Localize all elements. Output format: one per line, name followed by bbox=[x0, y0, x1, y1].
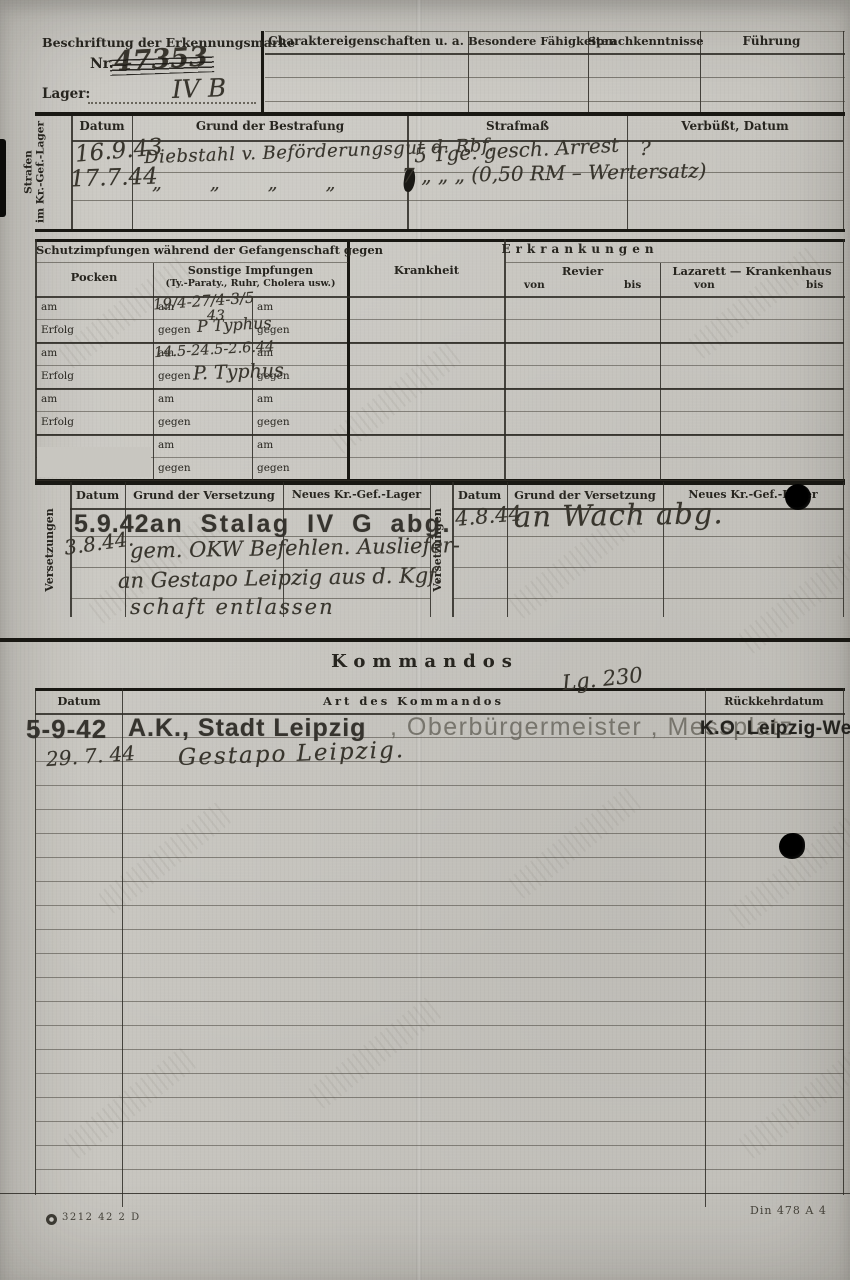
sonstige1-gegen-label: gegen bbox=[158, 417, 191, 428]
pow-record-card: Beschriftung der Erkennungsmarke Nr. 473… bbox=[0, 0, 850, 1280]
rule-section-divider bbox=[35, 112, 845, 116]
strafen-row2-strafmass: 7 „ „ „ (0,50 RM – Wertersatz) bbox=[402, 160, 707, 186]
rule-impf-top bbox=[35, 239, 845, 242]
rule-strafen-right bbox=[843, 116, 844, 231]
versl-col-datum: Datum bbox=[70, 489, 125, 501]
impf-col-pocken: Pocken bbox=[36, 271, 152, 283]
printer-mark-icon bbox=[46, 1214, 57, 1225]
kommandos-title: Kommandos bbox=[300, 653, 550, 672]
rule-top bbox=[265, 31, 845, 32]
rule-impf-header1r bbox=[505, 262, 844, 263]
rule-versr-row bbox=[452, 567, 844, 568]
versr-hw-datum: 4.8.44 bbox=[454, 502, 522, 530]
sonstige2-gegen-label: gegen bbox=[257, 417, 290, 428]
sonstige2-gegen-label: gegen bbox=[257, 463, 290, 474]
rule-impf-right bbox=[843, 239, 844, 480]
strafen-col-datum: Datum bbox=[72, 120, 132, 133]
impf-pocken-merged-cell-patch bbox=[37, 447, 151, 477]
strafen-col-verbuesst: Verbüßt, Datum bbox=[627, 120, 843, 133]
rule-header-underline bbox=[265, 53, 845, 55]
pocken-erfolg-label: Erfolg bbox=[41, 325, 74, 336]
rule-strafen-bottom bbox=[35, 229, 845, 232]
rule-versr-row bbox=[452, 536, 844, 537]
sonstige2-am-label: am bbox=[257, 302, 273, 313]
rule-impf-group bbox=[36, 388, 844, 390]
rule-versr-row bbox=[452, 598, 844, 599]
strafen-side-label: Strafen im Kr.-Gef.-Lager bbox=[23, 115, 57, 230]
lager-label: Lager: bbox=[42, 87, 90, 101]
pocken-erfolg-label: Erfolg bbox=[41, 371, 74, 382]
rule-impf-group bbox=[36, 342, 844, 344]
impf-col-revier: Revier bbox=[506, 265, 659, 277]
revier-von-label: von bbox=[524, 280, 545, 291]
impf-col-sonstige-sub: (Ty.-Paraty., Ruhr, Cholera usw.) bbox=[154, 279, 347, 289]
rule-impf-group bbox=[36, 434, 844, 436]
col-charaktereigenschaften: Charaktereigenschaften u. a. bbox=[266, 35, 466, 48]
lager-dotted-line bbox=[88, 88, 256, 104]
rule-kdo-top bbox=[35, 688, 845, 691]
impf-col-sonstige: Sonstige Impfungen bbox=[154, 265, 347, 277]
rule-kdo-right bbox=[843, 688, 844, 1195]
impf-col-krankheit: Krankheit bbox=[349, 264, 504, 276]
kdo-col-datum: Datum bbox=[36, 695, 122, 707]
strafen-col-strafmass: Strafmaß bbox=[408, 120, 627, 133]
sonstige2-am-label: am bbox=[257, 394, 273, 405]
versl-hw-line3: schaft entlassen bbox=[130, 596, 335, 618]
kdo-row1-stamp-dark: A.K., Stadt Leipzig bbox=[128, 715, 366, 741]
revier-bis-label: bis bbox=[624, 280, 641, 291]
col-besondere-faehigkeiten: Besondere Fähigkeiten bbox=[468, 35, 588, 47]
pocken-am-label: am bbox=[41, 348, 57, 359]
col-sprachkenntnisse: Sprachkenntnisse bbox=[588, 35, 700, 47]
versl-col-grund: Grund der Versetzung bbox=[125, 489, 283, 501]
kdo-row-rules bbox=[36, 714, 844, 1170]
versr-col-datum: Datum bbox=[452, 489, 507, 501]
kdo-row1-stamp-datum: 5-9-42 bbox=[26, 716, 107, 743]
sonstige1-gegen-label: gegen bbox=[158, 325, 191, 336]
rule-kdo-datum bbox=[122, 688, 123, 1207]
din-format-label: Din 478 A 4 bbox=[750, 1205, 827, 1217]
sonstige1-gegen-label: gegen bbox=[158, 371, 191, 382]
rule-page-fold-divider bbox=[0, 638, 850, 642]
punch-hole bbox=[785, 484, 811, 510]
kdo-row1-stamp-return: K.O. Leipzig-West bbox=[700, 719, 850, 739]
rule-versr-right bbox=[843, 482, 844, 617]
versl-hw-line1: gem. OKW Befehlen. Ausliefer- bbox=[130, 534, 460, 562]
strafen-side-label-line1: Strafen bbox=[23, 150, 35, 194]
rule-strafen-row bbox=[72, 200, 843, 201]
versetzungen-side-label-left: Versetzungen bbox=[44, 500, 60, 600]
pocken-am-label: am bbox=[41, 394, 57, 405]
sonstige2-am-label: am bbox=[257, 440, 273, 451]
versl-col-lager: Neues Kr.-Gef.-Lager bbox=[283, 489, 430, 501]
strafen-col-grund: Grund der Bestrafung bbox=[132, 120, 408, 133]
punch-hole bbox=[779, 833, 805, 859]
rule-kdo-left bbox=[35, 688, 36, 1195]
kdo-col-rueckkehr: Rückkehrdatum bbox=[705, 696, 843, 708]
rule-row bbox=[265, 101, 845, 102]
rule-kdo-rueckkehr bbox=[705, 688, 706, 1207]
lazarett-von-label: von bbox=[694, 280, 715, 291]
impf-entry1-gegen: P Typhus bbox=[197, 315, 272, 336]
sonstige1-am-label: am bbox=[158, 394, 174, 405]
kdo-col-art: Art des Kommandos bbox=[122, 695, 705, 707]
impf-title: Schutzimpfungen während der Gefangenscha… bbox=[36, 244, 346, 256]
form-number: 3212 42 2 D bbox=[62, 1213, 141, 1224]
versr-hw-text: an Wach abg. bbox=[514, 498, 724, 532]
rule-kdo-bottom bbox=[0, 1193, 850, 1194]
pocken-am-label: am bbox=[41, 302, 57, 313]
scan-edge-mark bbox=[0, 139, 6, 217]
impf-col-lazarett: Lazarett — Krankenhaus bbox=[661, 265, 843, 277]
pocken-erfolg-label: Erfolg bbox=[41, 417, 74, 428]
sonstige1-am-label: am bbox=[158, 440, 174, 451]
col-fuehrung: Führung bbox=[700, 35, 843, 48]
rule-vers-top bbox=[35, 482, 845, 485]
lazarett-bis-label: bis bbox=[806, 280, 823, 291]
strafen-row2-datum: 17.7.44 bbox=[70, 164, 159, 191]
sonstige1-gegen-label: gegen bbox=[158, 463, 191, 474]
rule-row bbox=[265, 77, 845, 78]
strafen-row2-grund-dittos: „ „ „ „ bbox=[152, 174, 336, 194]
rule-impf-header1 bbox=[35, 262, 348, 263]
strafen-side-label-line2: im Kr.-Gef.-Lager bbox=[35, 121, 47, 223]
versl-hw-line2: an Gestapo Leipzig aus d. Kgf. bbox=[118, 564, 442, 592]
strafen-row1-verbuesst: ? bbox=[640, 138, 651, 159]
impf-entry2-gegen: P. Typhus bbox=[193, 361, 284, 384]
erkrankungen-title: Erkrankungen bbox=[470, 243, 690, 256]
